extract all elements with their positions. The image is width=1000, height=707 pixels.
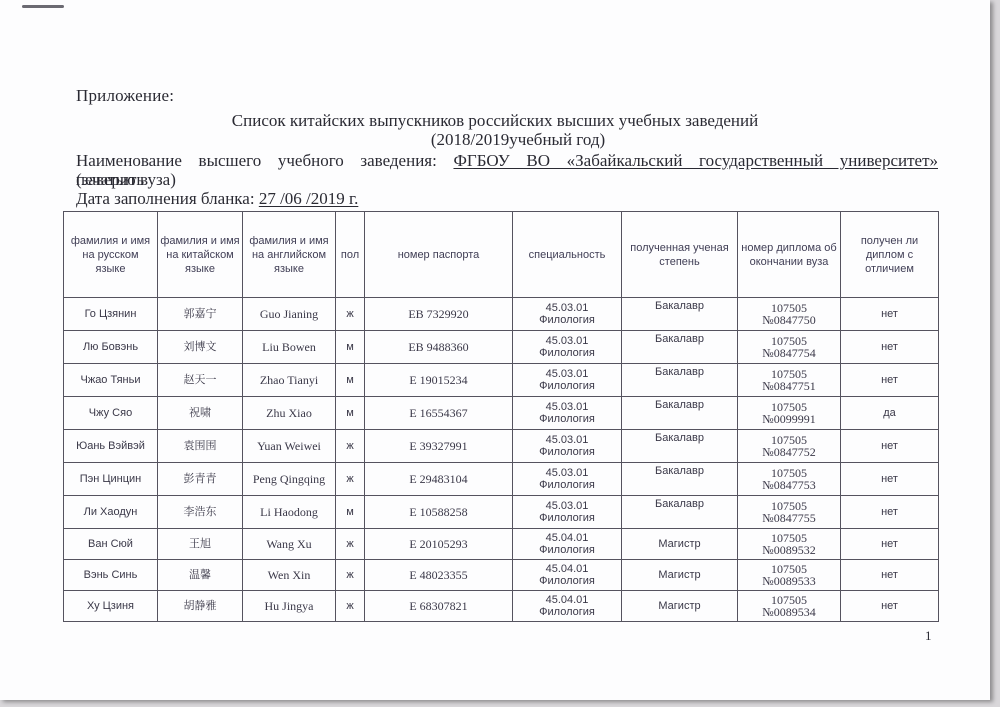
cell-name-english: Zhu Xiao	[243, 397, 336, 430]
cell-passport: E 39327991	[365, 430, 513, 463]
diploma-no: №0089534	[762, 605, 815, 619]
institution-note-end: печатью вуза)	[76, 170, 176, 189]
cell-specialty: 45.03.01Филология	[513, 364, 622, 397]
header-degree: полученная ученая степень	[622, 212, 738, 298]
specialty-name: Филология	[539, 544, 595, 556]
table-row: Ван Сюй王旭Wang XuжE 2010529345.04.01Филол…	[64, 529, 939, 560]
cell-degree: Бакалавр	[622, 364, 738, 397]
specialty-code: 45.03.01	[546, 500, 589, 512]
cell-specialty: 45.03.01Филология	[513, 397, 622, 430]
diploma-no: №0847752	[762, 445, 815, 459]
cell-sex: ж	[336, 529, 365, 560]
header-diploma-number: номер диплома об окончании вуза	[738, 212, 841, 298]
cell-honors: нет	[841, 430, 939, 463]
table-row: Чжу Сяо祝啸Zhu XiaoмE 1655436745.03.01Фило…	[64, 397, 939, 430]
cell-name-english: Liu Bowen	[243, 331, 336, 364]
table-row: Лю Бовэнь刘博文Liu BowenмEB 948836045.03.01…	[64, 331, 939, 364]
institution-line: Наименование высшего учебного заведения:…	[76, 151, 938, 189]
cell-diploma-number: 107505№0847753	[738, 463, 841, 496]
cell-passport: E 10588258	[365, 496, 513, 529]
table-row: Пэн Цинцин彭青青Peng QingqingжE 2948310445.…	[64, 463, 939, 496]
specialty-name: Филология	[539, 413, 595, 425]
cell-sex: м	[336, 364, 365, 397]
cell-name-english: Zhao Tianyi	[243, 364, 336, 397]
cell-specialty: 45.04.01Филология	[513, 591, 622, 622]
cell-diploma-number: 107505№0847751	[738, 364, 841, 397]
specialty-code: 45.04.01	[546, 594, 589, 606]
cell-honors: нет	[841, 529, 939, 560]
cell-honors: нет	[841, 591, 939, 622]
cell-name-chinese: 彭青青	[158, 463, 243, 496]
cell-name-chinese: 郭嘉宁	[158, 298, 243, 331]
diploma-no: №0089533	[762, 574, 815, 588]
institution-label: Наименование высшего учебного заведения:	[76, 151, 437, 170]
appendix-label: Приложение:	[76, 86, 174, 106]
specialty-name: Филология	[539, 446, 595, 458]
specialty-code: 45.03.01	[546, 434, 589, 446]
cell-diploma-number: 107505№0089534	[738, 591, 841, 622]
cell-name-chinese: 李浩东	[158, 496, 243, 529]
cell-specialty: 45.03.01Филология	[513, 331, 622, 364]
table-body: Го Цзянин郭嘉宁Guo JianingжEB 732992045.03.…	[64, 298, 939, 622]
cell-sex: ж	[336, 560, 365, 591]
cell-passport: EB 9488360	[365, 331, 513, 364]
cell-name-chinese: 赵天一	[158, 364, 243, 397]
specialty-code: 45.03.01	[546, 368, 589, 380]
cell-honors: нет	[841, 298, 939, 331]
title-line-1: Список китайских выпускников российских …	[232, 111, 758, 130]
cell-name-russian: Лю Бовэнь	[64, 331, 158, 364]
header-honors: получен ли диплом с отличием	[841, 212, 939, 298]
cell-sex: ж	[336, 463, 365, 496]
specialty-code: 45.03.01	[546, 467, 589, 479]
cell-name-english: Wang Xu	[243, 529, 336, 560]
cell-name-russian: Го Цзянин	[64, 298, 158, 331]
cell-sex: ж	[336, 298, 365, 331]
cell-degree: Магистр	[622, 529, 738, 560]
cell-passport: E 68307821	[365, 591, 513, 622]
cell-name-russian: Пэн Цинцин	[64, 463, 158, 496]
header-name-chinese: фамилия и имя на китайском языке	[158, 212, 243, 298]
table-row: Го Цзянин郭嘉宁Guo JianingжEB 732992045.03.…	[64, 298, 939, 331]
document-title: Список китайских выпускников российских …	[0, 111, 990, 149]
cell-name-english: Guo Jianing	[243, 298, 336, 331]
document-page: Приложение: Список китайских выпускников…	[0, 0, 990, 700]
cell-sex: ж	[336, 430, 365, 463]
cell-degree: Магистр	[622, 560, 738, 591]
specialty-name: Филология	[539, 314, 595, 326]
cell-diploma-number: 107505№0089533	[738, 560, 841, 591]
header-name-english: фамилия и имя на английском языке	[243, 212, 336, 298]
cell-diploma-number: 107505№0847754	[738, 331, 841, 364]
cell-specialty: 45.03.01Филология	[513, 430, 622, 463]
cell-name-english: Yuan Weiwei	[243, 430, 336, 463]
cell-sex: м	[336, 331, 365, 364]
cell-specialty: 45.04.01Филология	[513, 560, 622, 591]
cell-name-chinese: 袁围围	[158, 430, 243, 463]
cell-passport: E 29483104	[365, 463, 513, 496]
diploma-no: №0847754	[762, 346, 815, 360]
specialty-code: 45.04.01	[546, 532, 589, 544]
cell-specialty: 45.03.01Филология	[513, 298, 622, 331]
table-row: Юань Вэйвэй袁围围Yuan WeiweiжE 3932799145.0…	[64, 430, 939, 463]
header-sex: пол	[336, 212, 365, 298]
cell-passport: E 16554367	[365, 397, 513, 430]
cell-diploma-number: 107505№0089532	[738, 529, 841, 560]
specialty-name: Филология	[539, 380, 595, 392]
table-row: Вэнь Синь温馨Wen XinжE 4802335545.04.01Фил…	[64, 560, 939, 591]
cell-name-chinese: 刘博文	[158, 331, 243, 364]
cell-name-english: Hu Jingya	[243, 591, 336, 622]
page-number: 1	[925, 628, 932, 644]
cell-sex: м	[336, 496, 365, 529]
cell-specialty: 45.04.01Филология	[513, 529, 622, 560]
table-row: Ху Цзиня胡静雅Hu JingyaжE 6830782145.04.01Ф…	[64, 591, 939, 622]
cell-specialty: 45.03.01Филология	[513, 496, 622, 529]
specialty-name: Филология	[539, 606, 595, 618]
diploma-no: №0847751	[762, 379, 815, 393]
cell-name-russian: Юань Вэйвэй	[64, 430, 158, 463]
cell-name-russian: Вэнь Синь	[64, 560, 158, 591]
cell-passport: E 48023355	[365, 560, 513, 591]
cell-honors: да	[841, 397, 939, 430]
fill-date-line: Дата заполнения бланка: 27 /06 /2019 г.	[76, 189, 358, 208]
cell-degree: Бакалавр	[622, 430, 738, 463]
institution-name: ФГБОУ ВО «Забайкальский государственный …	[453, 151, 938, 170]
cell-passport: E 19015234	[365, 364, 513, 397]
cell-diploma-number: 107505№0847750	[738, 298, 841, 331]
cell-name-russian: Ху Цзиня	[64, 591, 158, 622]
diploma-no: №0847750	[762, 313, 815, 327]
table-row: Чжао Тяньи赵天一Zhao TianyiмE 1901523445.03…	[64, 364, 939, 397]
cell-honors: нет	[841, 364, 939, 397]
cell-passport: EB 7329920	[365, 298, 513, 331]
diploma-no: №0847753	[762, 478, 815, 492]
cell-degree: Бакалавр	[622, 331, 738, 364]
cell-degree: Магистр	[622, 591, 738, 622]
cell-honors: нет	[841, 496, 939, 529]
date-value: 27 /06 /2019 г.	[259, 189, 359, 208]
cell-diploma-number: 107505№0847752	[738, 430, 841, 463]
diploma-no: №0099991	[762, 412, 815, 426]
specialty-code: 45.03.01	[546, 302, 589, 314]
cell-name-english: Li Haodong	[243, 496, 336, 529]
cell-specialty: 45.03.01Филология	[513, 463, 622, 496]
table-header-row: фамилия и имя на русском языкефамилия и …	[64, 212, 939, 298]
title-line-2: (2018/2019учебный год)	[46, 130, 990, 149]
cell-honors: нет	[841, 463, 939, 496]
cell-honors: нет	[841, 331, 939, 364]
cell-honors: нет	[841, 560, 939, 591]
cell-sex: м	[336, 397, 365, 430]
cell-degree: Бакалавр	[622, 496, 738, 529]
header-specialty: специальность	[513, 212, 622, 298]
staple-mark	[22, 5, 64, 8]
cell-degree: Бакалавр	[622, 397, 738, 430]
cell-diploma-number: 107505№0847755	[738, 496, 841, 529]
cell-name-russian: Ван Сюй	[64, 529, 158, 560]
header-passport: номер паспорта	[365, 212, 513, 298]
header-name-russian: фамилия и имя на русском языке	[64, 212, 158, 298]
cell-passport: E 20105293	[365, 529, 513, 560]
cell-degree: Бакалавр	[622, 298, 738, 331]
specialty-name: Филология	[539, 479, 595, 491]
cell-name-russian: Чжао Тяньи	[64, 364, 158, 397]
specialty-code: 45.03.01	[546, 335, 589, 347]
table-row: Ли Хаодун李浩东Li HaodongмE 1058825845.03.0…	[64, 496, 939, 529]
cell-sex: ж	[336, 591, 365, 622]
cell-name-english: Peng Qingqing	[243, 463, 336, 496]
cell-name-russian: Чжу Сяо	[64, 397, 158, 430]
cell-name-chinese: 温馨	[158, 560, 243, 591]
specialty-name: Филология	[539, 347, 595, 359]
cell-diploma-number: 107505№0099991	[738, 397, 841, 430]
cell-name-chinese: 胡静雅	[158, 591, 243, 622]
specialty-code: 45.03.01	[546, 401, 589, 413]
diploma-no: №0847755	[762, 511, 815, 525]
graduates-table: фамилия и имя на русском языкефамилия и …	[63, 211, 939, 622]
diploma-no: №0089532	[762, 543, 815, 557]
specialty-name: Филология	[539, 575, 595, 587]
cell-name-chinese: 王旭	[158, 529, 243, 560]
cell-name-russian: Ли Хаодун	[64, 496, 158, 529]
cell-name-english: Wen Xin	[243, 560, 336, 591]
cell-degree: Бакалавр	[622, 463, 738, 496]
specialty-code: 45.04.01	[546, 563, 589, 575]
cell-name-chinese: 祝啸	[158, 397, 243, 430]
date-label: Дата заполнения бланка:	[76, 189, 255, 208]
specialty-name: Филология	[539, 512, 595, 524]
